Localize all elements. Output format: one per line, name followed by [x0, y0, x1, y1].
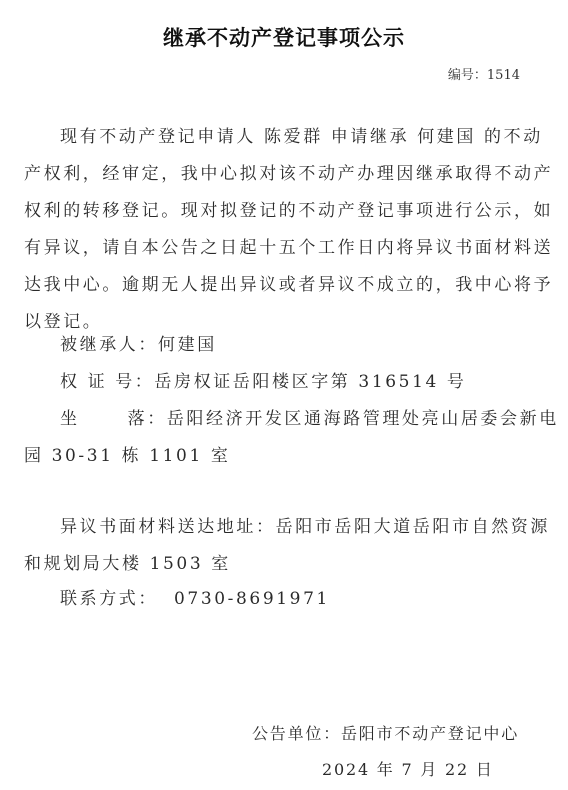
objection-address-line-1: 异议书面材料送达地址：岳阳市岳阳大道岳阳市自然资源: [60, 516, 550, 538]
location-field-line-2: 园 30-31 栋 1101 室: [24, 445, 231, 467]
document-number: 编号：1514: [448, 64, 520, 83]
location-field-line-1: 坐 落：岳阳经济开发区通海路管理处亮山居委会新电: [60, 408, 559, 430]
issuer: 公告单位：岳阳市不动产登记中心: [252, 721, 519, 744]
notice-date: 2024 年 7 月 22 日: [322, 757, 494, 780]
body-line-5: 达我中心。逾期无人提出异议或者异议不成立的，我中心将予: [24, 274, 553, 296]
body-line-6: 以登记。: [24, 311, 102, 333]
body-line-2: 产权利，经审定，我中心拟对该不动产办理因继承取得不动产: [24, 163, 553, 185]
contact-phone: 联系方式： 0730-8691971: [60, 588, 330, 610]
certificate-number-field: 权 证 号：岳房权证岳阳楼区字第 316514 号: [60, 371, 467, 393]
body-line-3: 权利的转移登记。现对拟登记的不动产登记事项进行公示，如: [24, 200, 553, 222]
objection-address-line-2: 和规划局大楼 1503 室: [24, 553, 231, 575]
decedent-field: 被继承人：何建国: [60, 334, 217, 356]
body-line-1: 现有不动产登记申请人 陈爱群 申请继承 何建国 的不动: [60, 126, 543, 148]
body-line-4: 有异议，请自本公告之日起十五个工作日内将异议书面材料送: [24, 237, 553, 259]
document-title: 继承不动产登记事项公示: [0, 22, 568, 52]
